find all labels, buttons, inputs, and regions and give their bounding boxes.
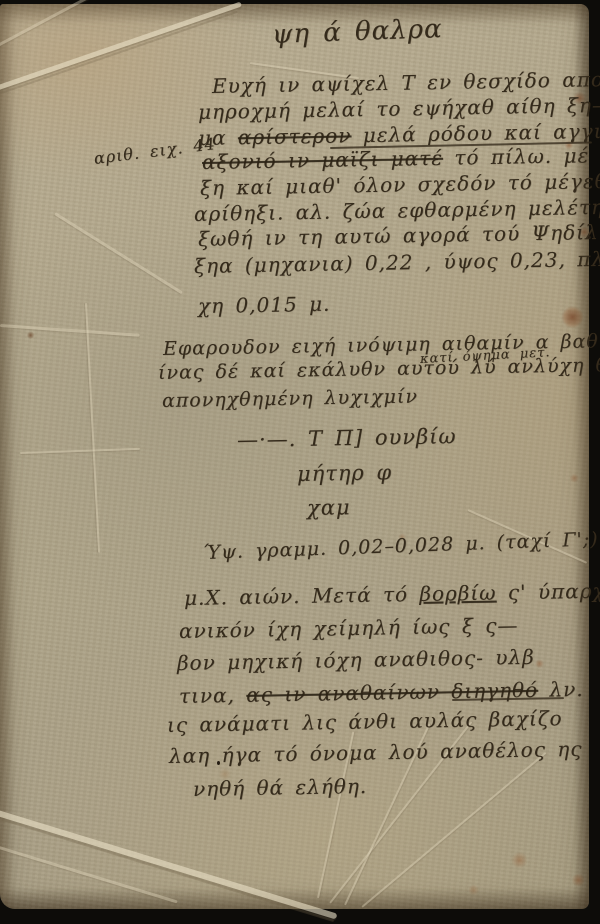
paper-crease — [0, 324, 140, 336]
paper-crease-shadow — [0, 11, 238, 100]
text-segment: ς' ύπαρχω — [496, 578, 600, 604]
inscription-line: μήτηρ φ — [297, 460, 393, 486]
paper-crease — [85, 303, 100, 553]
paper-crease — [54, 212, 183, 294]
page-heading: ψη ά θαλρα — [271, 14, 443, 50]
text-segment: μ.Χ. αιών. Μετά τό — [184, 582, 420, 610]
paper-crease — [0, 2, 242, 95]
underlined-text: βορβίω — [419, 581, 496, 606]
inscription-line: χαμ — [307, 495, 351, 520]
paper-crease-shadow — [0, 812, 334, 922]
struck-text: αξονιό ιν μαϊζι ματέ — [202, 146, 443, 174]
struck-text: αρίστερον — [238, 123, 352, 149]
text-segment: τινα, — [179, 683, 247, 708]
text-segment: τό πίλω. μέ — [443, 143, 590, 170]
text-segment: λν. — [538, 677, 584, 702]
paper-crease — [361, 752, 546, 908]
paper-crease — [20, 448, 140, 454]
handwritten-line: νηθή θά ελήθη. — [193, 774, 368, 801]
paper-crease — [0, 842, 178, 903]
struck-text: ας ιν αναθαίνων διηγηθό — [246, 678, 538, 707]
scanned-manuscript: ψη ά θαλρα αριθ. ειχ. 44 Ευχή ιν αψίχελ … — [0, 0, 600, 924]
text-segment: μα — [198, 125, 238, 150]
paper-crease — [0, 0, 101, 49]
handwritten-line: απονηχθημένη λυχιχμίν — [162, 386, 418, 412]
handwritten-line-measurements: χη 0,015 μ. — [198, 292, 331, 318]
paper-fold — [0, 804, 337, 919]
inscription-line: —·—. Τ Π] ουνβίω — [237, 424, 457, 452]
